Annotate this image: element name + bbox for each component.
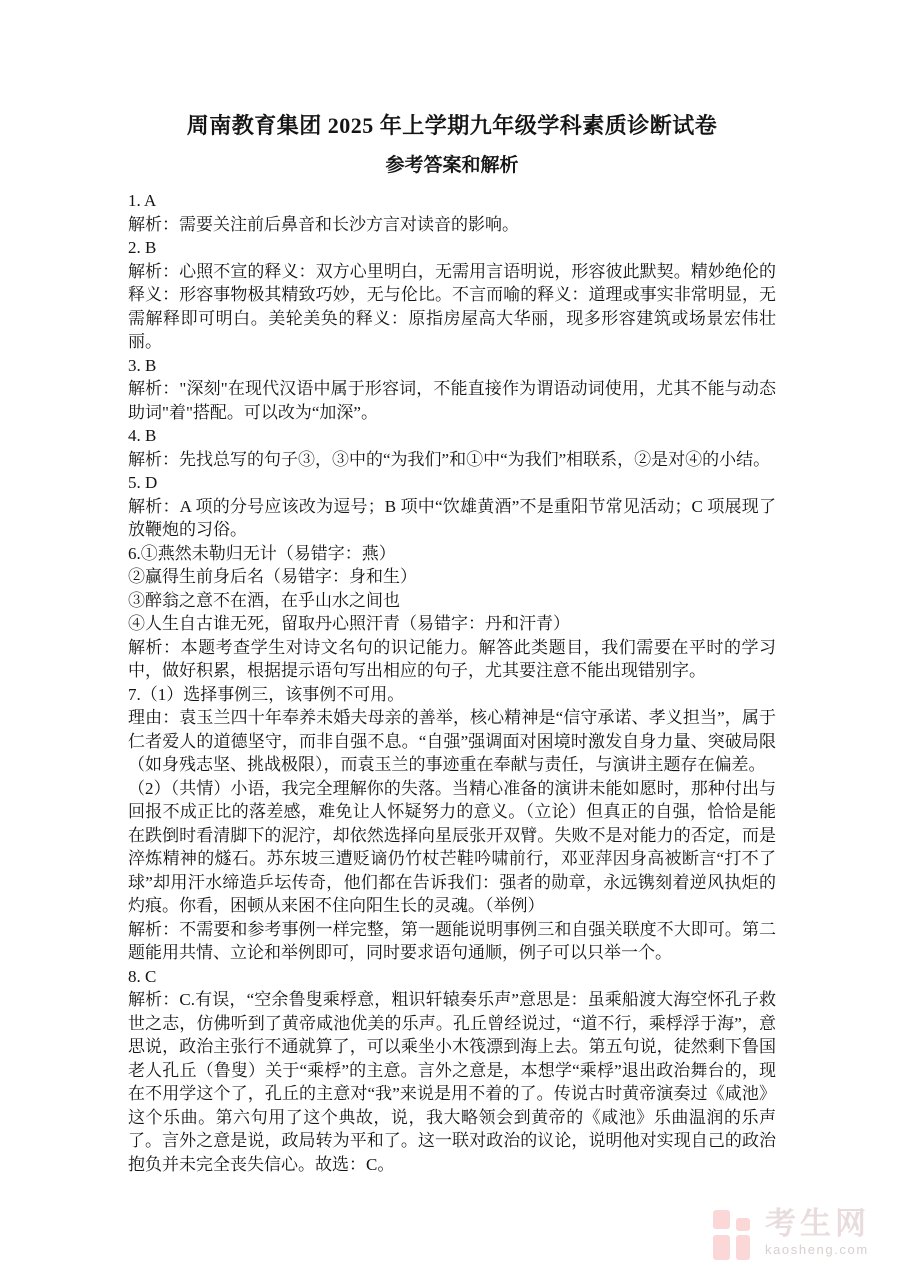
paragraph: 解析：A 项的分号应该改为逗号；B 项中“饮雄黄酒”不是重阳节常见活动；C 项展… <box>128 495 776 542</box>
paragraph: 解析：先找总写的句子③，③中的“为我们”和①中“为我们”相联系，②是对④的小结。 <box>128 448 776 472</box>
watermark-domain: kaosheng.com <box>765 1242 870 1257</box>
paragraph: 解析：本题考查学生对诗文名句的识记能力。解答此类题目，我们需要在平时的学习中，做… <box>128 636 776 683</box>
paragraph: 解析：心照不宣的释义：双方心里明白，无需用言语明说，形容彼此默契。精妙绝伦的释义… <box>128 260 776 354</box>
document-page: 周南教育集团 2025 年上学期九年级学科素质诊断试卷 参考答案和解析 1. A… <box>128 112 776 1176</box>
answer-key-body: 1. A解析：需要关注前后鼻音和长沙方言对读音的影响。2. B解析：心照不宣的释… <box>128 189 776 1176</box>
paragraph: 解析：需要关注前后鼻音和长沙方言对读音的影响。 <box>128 213 776 237</box>
document-subtitle: 参考答案和解析 <box>128 155 776 177</box>
paragraph: 解析：C.有误，“空余鲁叟乘桴意，粗识轩辕奏乐声”意思是：虽乘船渡大海空怀孔子救… <box>128 988 776 1176</box>
paragraph: 解析：不需要和参考事例一样完整，第一题能说明事例三和自强关联度不大即可。第二题能… <box>128 918 776 965</box>
paragraph: 8. C <box>128 965 776 989</box>
paragraph: 3. B <box>128 354 776 378</box>
paragraph: （2）（共情）小语，我完全理解你的失落。当精心准备的演讲未能如愿时，那种付出与回… <box>128 777 776 918</box>
paragraph: 4. B <box>128 424 776 448</box>
paragraph: ③醉翁之意不在酒，在乎山水之间也 <box>128 589 776 613</box>
paragraph: 7.（1）选择事例三，该事例不可用。 <box>128 683 776 707</box>
paragraph: 2. B <box>128 236 776 260</box>
paragraph: ④人生自古谁无死，留取丹心照汗青（易错字：丹和汗青） <box>128 612 776 636</box>
paragraph: ②赢得生前身后名（易错字：身和生） <box>128 565 776 589</box>
watermark-text: 考生网 kaosheng.com <box>765 1208 870 1257</box>
paragraph: 1. A <box>128 189 776 213</box>
logo-block <box>736 1218 750 1231</box>
paragraph: 5. D <box>128 471 776 495</box>
watermark-brand: 考生网 <box>765 1208 870 1240</box>
paragraph: 解析："深刻"在现代汉语中属于形容词，不能直接作为谓语动词使用，尤其不能与动态助… <box>128 377 776 424</box>
kaosheng-watermark: 考生网 kaosheng.com <box>713 1208 870 1260</box>
document-title: 周南教育集团 2025 年上学期九年级学科素质诊断试卷 <box>128 112 776 140</box>
logo-block <box>713 1210 730 1229</box>
kaosheng-logo-icon <box>713 1208 755 1260</box>
logo-block <box>736 1235 750 1260</box>
paragraph: 理由：袁玉兰四十年奉养未婚夫母亲的善举，核心精神是“信守承诺、孝义担当”，属于仁… <box>128 706 776 777</box>
paragraph: 6.①燕然未勒归无计（易错字：燕） <box>128 542 776 566</box>
logo-block <box>713 1235 730 1260</box>
